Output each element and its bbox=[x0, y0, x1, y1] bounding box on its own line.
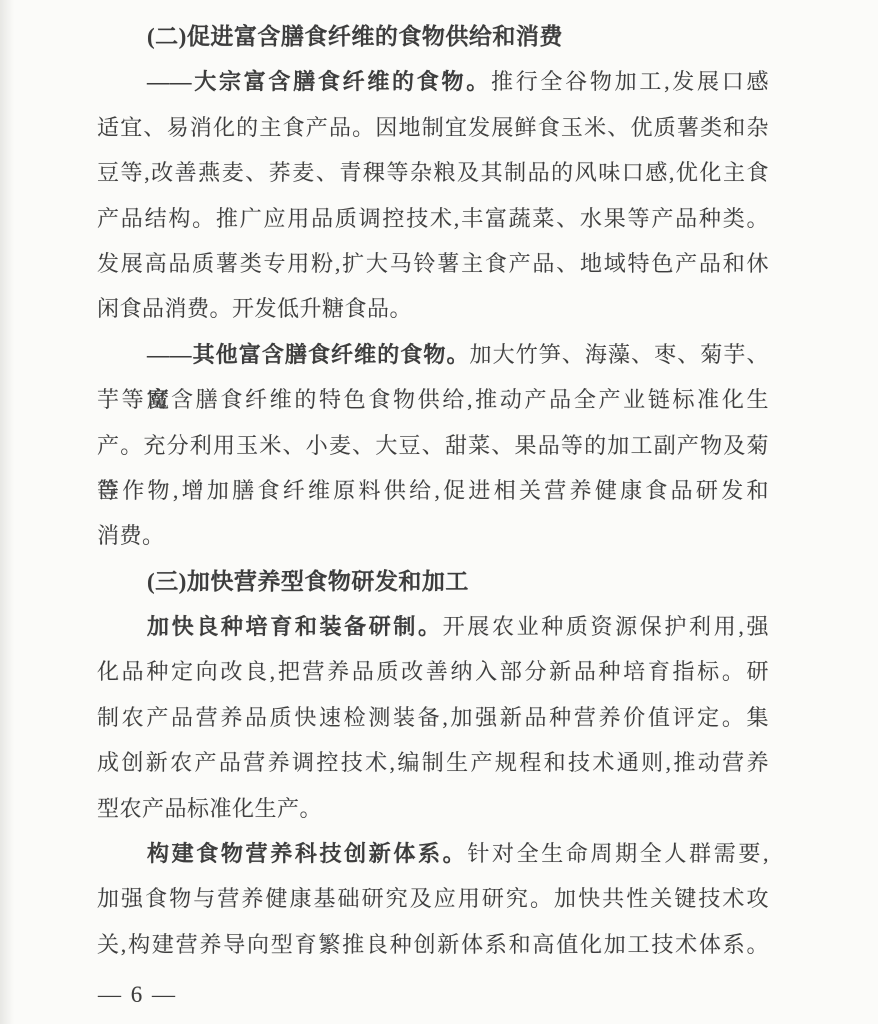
text-segment: 关,构建营养导向型育繁推良种创新体系和高值化加工技术体系。 bbox=[97, 932, 769, 957]
text-line: 加快良种培育和装备研制。开展农业种质资源保护利用,强 bbox=[97, 604, 769, 649]
text-line: 加强食物与营养健康基础研究及应用研究。加快共性关键技术攻 bbox=[97, 876, 769, 921]
text-segment: 成创新农产品营养调控技术,编制生产规程和技术通则,推动营养 bbox=[97, 750, 769, 775]
text-line: 等作物,增加膳食纤维原料供给,促进相关营养健康食品研发和 bbox=[97, 468, 769, 513]
text-line: 产品结构。推广应用品质调控技术,丰富蔬菜、水果等产品种类。 bbox=[97, 196, 769, 241]
text-line: 型农产品标准化生产。 bbox=[97, 786, 769, 831]
text-line: 发展高品质薯类专用粉,扩大马铃薯主食产品、地域特色产品和休 bbox=[97, 241, 769, 286]
text-line: 产。充分利用玉米、小麦、大豆、甜菜、果品等的加工副产物及菊苣 bbox=[97, 423, 769, 468]
text-segment: 芋等富含膳食纤维的特色食物供给,推动产品全产业链标准化生 bbox=[97, 387, 769, 412]
text-line: 闲食品消费。开发低升糖食品。 bbox=[97, 286, 769, 331]
text-segment: 开展农业种质资源保护利用,强 bbox=[443, 614, 769, 639]
text-line: 制农产品营养品质快速检测装备,加强新品种营养价值评定。集 bbox=[97, 695, 769, 740]
document-body: (二)促进富含膳食纤维的食物供给和消费——大宗富含膳食纤维的食物。推行全谷物加工… bbox=[97, 14, 769, 967]
text-line: 消费。 bbox=[97, 513, 769, 558]
text-line: 芋等富含膳食纤维的特色食物供给,推动产品全产业链标准化生 bbox=[97, 377, 769, 422]
page-number: — 6 — bbox=[98, 972, 177, 1017]
bold-text-segment: 加快良种培育和装备研制。 bbox=[147, 614, 443, 639]
section-heading: (二)促进富含膳食纤维的食物供给和消费 bbox=[97, 14, 769, 59]
text-line: 关,构建营养导向型育繁推良种创新体系和高值化加工技术体系。 bbox=[97, 922, 769, 967]
text-line: ——大宗富含膳食纤维的食物。推行全谷物加工,发展口感 bbox=[97, 59, 769, 104]
document-page: (二)促进富含膳食纤维的食物供给和消费——大宗富含膳食纤维的食物。推行全谷物加工… bbox=[0, 0, 878, 1024]
text-segment: 产品结构。推广应用品质调控技术,丰富蔬菜、水果等产品种类。 bbox=[97, 206, 769, 231]
text-segment: 闲食品消费。开发低升糖食品。 bbox=[97, 296, 412, 321]
bold-text-segment: ——其他富含膳食纤维的食物。 bbox=[147, 342, 470, 367]
text-line: 化品种定向改良,把营养品质改善纳入部分新品种培育指标。研 bbox=[97, 649, 769, 694]
text-line: ——其他富含膳食纤维的食物。加大竹笋、海藻、枣、菊芋、魔 bbox=[97, 332, 769, 377]
text-line: 成创新农产品营养调控技术,编制生产规程和技术通则,推动营养 bbox=[97, 740, 769, 785]
text-segment: 型农产品标准化生产。 bbox=[97, 796, 322, 821]
text-segment: 针对全生命周期全人群需要, bbox=[467, 841, 769, 866]
text-segment: 化品种定向改良,把营养品质改善纳入部分新品种培育指标。研 bbox=[97, 659, 769, 684]
text-line: 豆等,改善燕麦、荞麦、青稞等杂粮及其制品的风味口感,优化主食 bbox=[97, 150, 769, 195]
text-segment: 加强食物与营养健康基础研究及应用研究。加快共性关键技术攻 bbox=[97, 886, 769, 911]
text-segment: 发展高品质薯类专用粉,扩大马铃薯主食产品、地域特色产品和休 bbox=[97, 251, 769, 276]
text-segment: 等作物,增加膳食纤维原料供给,促进相关营养健康食品研发和 bbox=[97, 478, 769, 503]
bold-text-segment: (二)促进富含膳食纤维的食物供给和消费 bbox=[147, 24, 563, 49]
bold-text-segment: 构建食物营养科技创新体系。 bbox=[147, 841, 467, 866]
text-segment: 适宜、易消化的主食产品。因地制宜发展鲜食玉米、优质薯类和杂 bbox=[97, 115, 769, 140]
text-segment: 消费。 bbox=[97, 523, 165, 548]
text-line: 适宜、易消化的主食产品。因地制宜发展鲜食玉米、优质薯类和杂 bbox=[97, 105, 769, 150]
section-heading: (三)加快营养型食物研发和加工 bbox=[97, 559, 769, 604]
text-line: 构建食物营养科技创新体系。针对全生命周期全人群需要, bbox=[97, 831, 769, 876]
bold-text-segment: (三)加快营养型食物研发和加工 bbox=[147, 569, 469, 594]
bold-text-segment: ——大宗富含膳食纤维的食物。 bbox=[147, 69, 491, 94]
text-segment: 制农产品营养品质快速检测装备,加强新品种营养价值评定。集 bbox=[97, 705, 769, 730]
text-segment: 豆等,改善燕麦、荞麦、青稞等杂粮及其制品的风味口感,优化主食 bbox=[97, 160, 769, 185]
text-segment: 推行全谷物加工,发展口感 bbox=[491, 69, 769, 94]
